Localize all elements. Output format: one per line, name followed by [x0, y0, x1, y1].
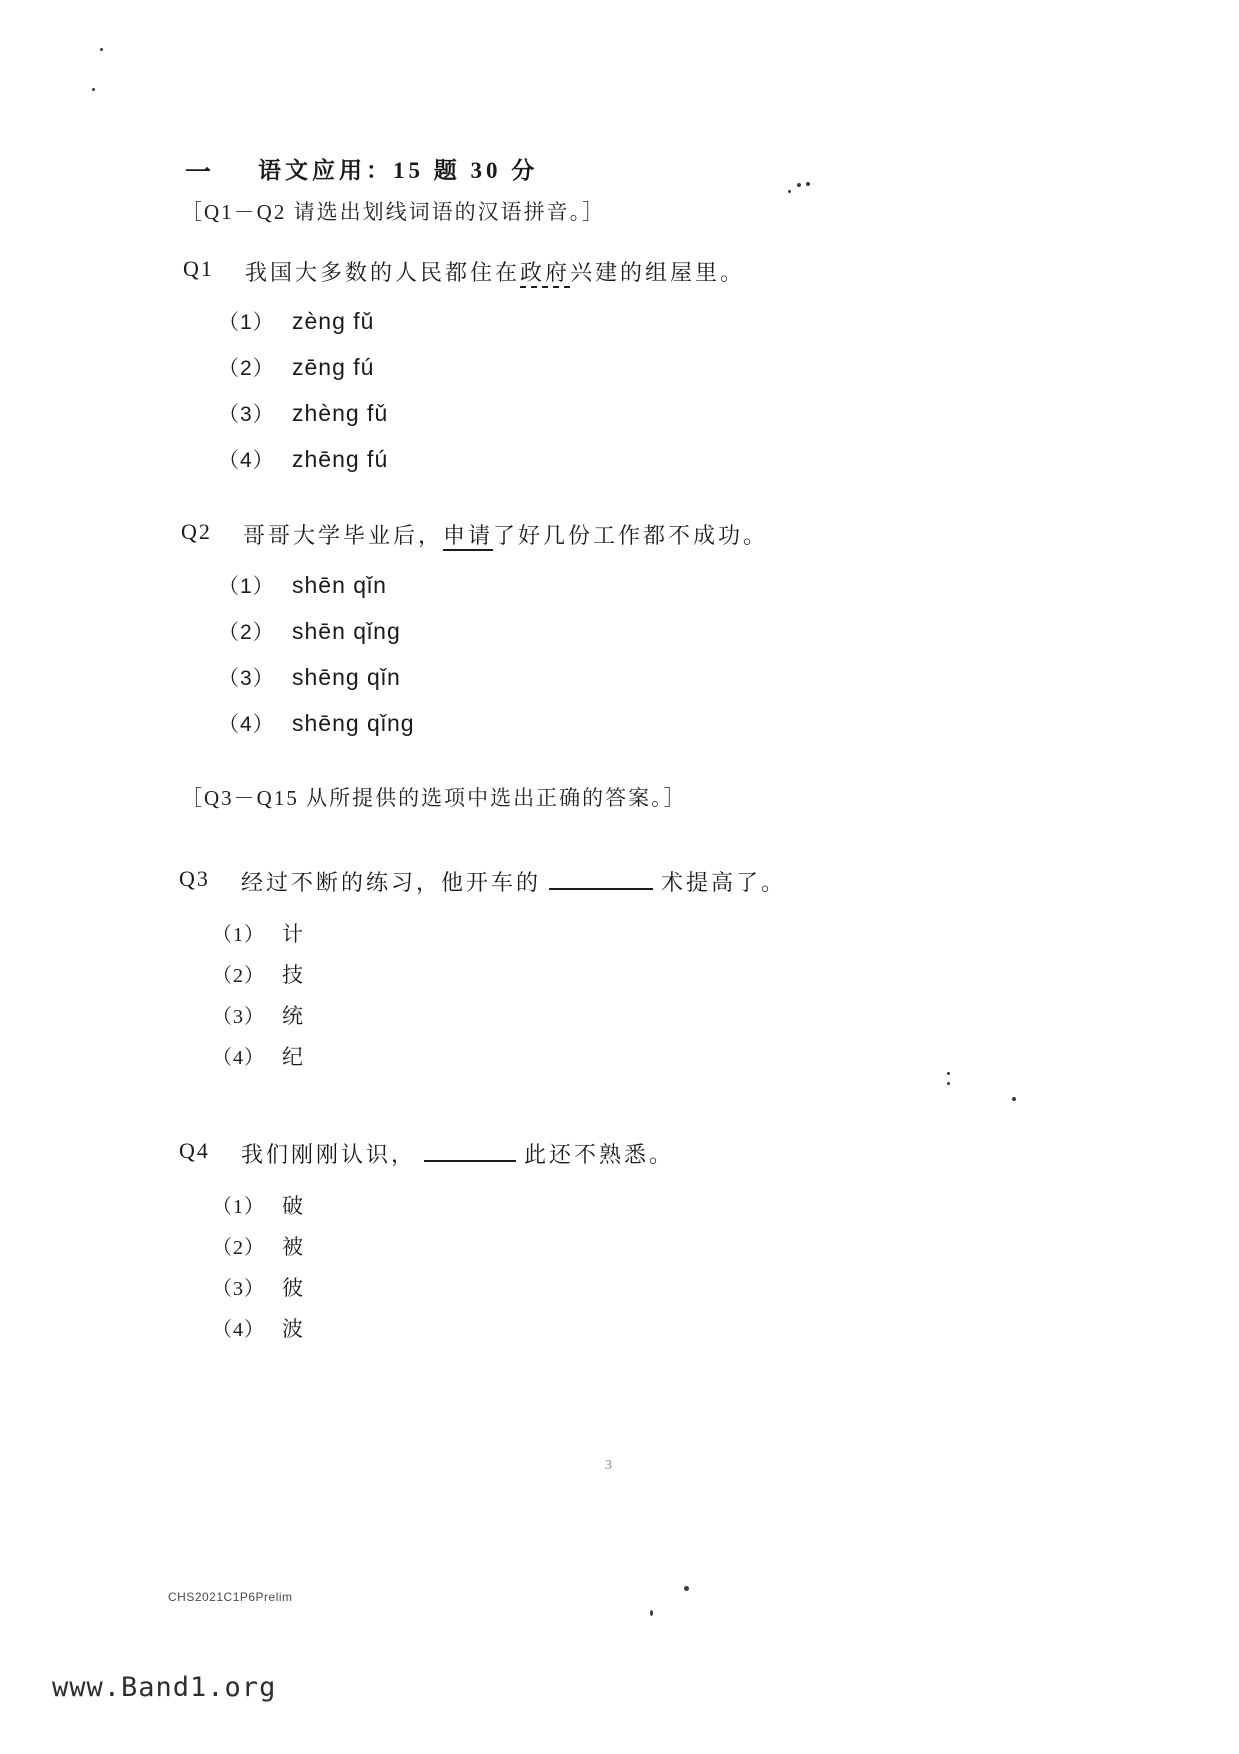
option-number: （1）: [212, 1190, 282, 1219]
question-q3: Q3 经过不断的练习，他开车的术提高了。: [179, 866, 786, 897]
scan-artifact: [1012, 1097, 1016, 1101]
section-marker: 一: [185, 152, 258, 189]
question-text: 哥哥大学毕业后，申请了好几份工作都不成功。: [243, 519, 768, 550]
option-row: （2） shēn qǐng: [218, 616, 415, 662]
scan-artifact: [788, 190, 791, 193]
page-number: 3: [605, 1458, 612, 1474]
question-number: Q1: [183, 256, 245, 287]
option-number: （2）: [212, 1231, 282, 1260]
option-row: （1） zèng fǔ: [218, 306, 388, 352]
option-label: 技: [282, 959, 305, 989]
instruction-q3-q15: ［Q3－Q15 从所提供的选项中选出正确的答案。］: [181, 782, 687, 812]
option-number: （4）: [212, 1313, 282, 1342]
scan-artifact: [684, 1586, 689, 1591]
question-number: Q4: [179, 1138, 241, 1169]
instruction-q1-q2: ［Q1－Q2 请选出划线词语的汉语拼音。］: [181, 196, 605, 226]
option-number: （1）: [212, 918, 282, 947]
option-number: （4）: [212, 1041, 282, 1070]
scanned-exam-page: 一 语文应用：15 题 30 分 ［Q1－Q2 请选出划线词语的汉语拼音。］ Q…: [0, 0, 1239, 1754]
option-label: zhèng fǔ: [292, 400, 388, 427]
question-q4: Q4 我们刚刚认识，此还不熟悉。: [179, 1138, 674, 1169]
section-title: 语文应用：15 题 30 分: [258, 152, 538, 185]
option-label: zhēng fú: [292, 446, 388, 473]
option-label: shēng qǐn: [292, 664, 401, 691]
fill-in-blank-line: [424, 1146, 516, 1162]
scan-artifact: [947, 1082, 950, 1085]
option-number: （2）: [218, 352, 292, 382]
option-row: （3） 彼: [212, 1272, 305, 1313]
watermark-url: www.Band1.org: [52, 1672, 276, 1703]
option-row: （3） zhèng fǔ: [218, 398, 388, 444]
option-label: shēn qǐn: [292, 572, 387, 599]
option-label: shēn qǐng: [292, 618, 401, 645]
option-number: （3）: [218, 662, 292, 692]
paper-code: CHS2021C1P6Prelim: [168, 1590, 293, 1604]
options-q3: （1） 计 （2） 技 （3） 统 （4） 纪: [212, 918, 305, 1082]
option-row: （2） zēng fú: [218, 352, 388, 398]
scan-artifact: [947, 1072, 950, 1075]
option-label: 被: [282, 1231, 305, 1261]
option-label: 波: [282, 1313, 305, 1343]
question-text: 经过不断的练习，他开车的术提高了。: [241, 866, 786, 897]
option-row: （2） 被: [212, 1231, 305, 1272]
option-row: （3） shēng qǐn: [218, 662, 415, 708]
option-row: （4） zhēng fú: [218, 444, 388, 490]
fill-in-blank-line: [549, 874, 653, 890]
question-text: 我国大多数的人民都住在政府兴建的组屋里。: [245, 256, 745, 287]
option-label: 破: [282, 1190, 305, 1220]
scan-artifact: [100, 48, 103, 51]
question-text-before: 哥哥大学毕业后，: [243, 523, 443, 548]
option-number: （4）: [218, 708, 292, 738]
options-q4: （1） 破 （2） 被 （3） 彼 （4） 波: [212, 1190, 305, 1354]
option-label: 彼: [282, 1272, 305, 1302]
section-heading: 一 语文应用：15 题 30 分: [185, 152, 538, 189]
option-number: （2）: [212, 959, 282, 988]
option-label: shēng qǐng: [292, 710, 415, 737]
option-row: （3） 统: [212, 1000, 305, 1041]
question-number: Q3: [179, 866, 241, 897]
underlined-word: 申请: [443, 523, 493, 551]
options-q1: （1） zèng fǔ （2） zēng fú （3） zhèng fǔ （4）…: [218, 306, 388, 490]
options-q2: （1） shēn qǐn （2） shēn qǐng （3） shēng qǐn…: [218, 570, 415, 754]
option-number: （2）: [218, 616, 292, 646]
option-label: 计: [282, 918, 305, 948]
option-row: （1） 计: [212, 918, 305, 959]
option-row: （4） 纪: [212, 1041, 305, 1082]
option-number: （3）: [212, 1000, 282, 1029]
question-text-after: 兴建的组屋里。: [570, 260, 745, 285]
option-label: zēng fú: [292, 354, 374, 381]
question-text-after: 了好几份工作都不成功。: [493, 523, 768, 548]
option-row: （4） 波: [212, 1313, 305, 1354]
option-label: 统: [282, 1000, 305, 1030]
option-label: zèng fǔ: [292, 308, 374, 335]
option-label: 纪: [282, 1041, 305, 1071]
option-number: （1）: [218, 306, 292, 336]
option-row: （2） 技: [212, 959, 305, 1000]
underlined-word: 政府: [520, 260, 570, 288]
option-row: （1） shēn qǐn: [218, 570, 415, 616]
scan-artifact: [806, 182, 810, 186]
question-q1: Q1 我国大多数的人民都住在政府兴建的组屋里。: [183, 256, 745, 287]
option-row: （4） shēng qǐng: [218, 708, 415, 754]
question-text-before: 我们刚刚认识，: [241, 1142, 416, 1167]
question-text-before: 我国大多数的人民都住在: [245, 260, 520, 285]
scan-artifact: [797, 183, 801, 187]
scan-artifact: [92, 88, 95, 91]
option-row: （1） 破: [212, 1190, 305, 1231]
question-number: Q2: [181, 519, 243, 550]
option-number: （3）: [212, 1272, 282, 1301]
question-text-after: 此还不熟悉。: [524, 1142, 674, 1167]
option-number: （1）: [218, 570, 292, 600]
option-number: （4）: [218, 444, 292, 474]
question-text-after: 术提高了。: [661, 870, 786, 895]
question-text: 我们刚刚认识，此还不熟悉。: [241, 1138, 674, 1169]
question-text-before: 经过不断的练习，他开车的: [241, 870, 541, 895]
option-number: （3）: [218, 398, 292, 428]
question-q2: Q2 哥哥大学毕业后，申请了好几份工作都不成功。: [181, 519, 768, 550]
scan-artifact: [650, 1610, 653, 1616]
